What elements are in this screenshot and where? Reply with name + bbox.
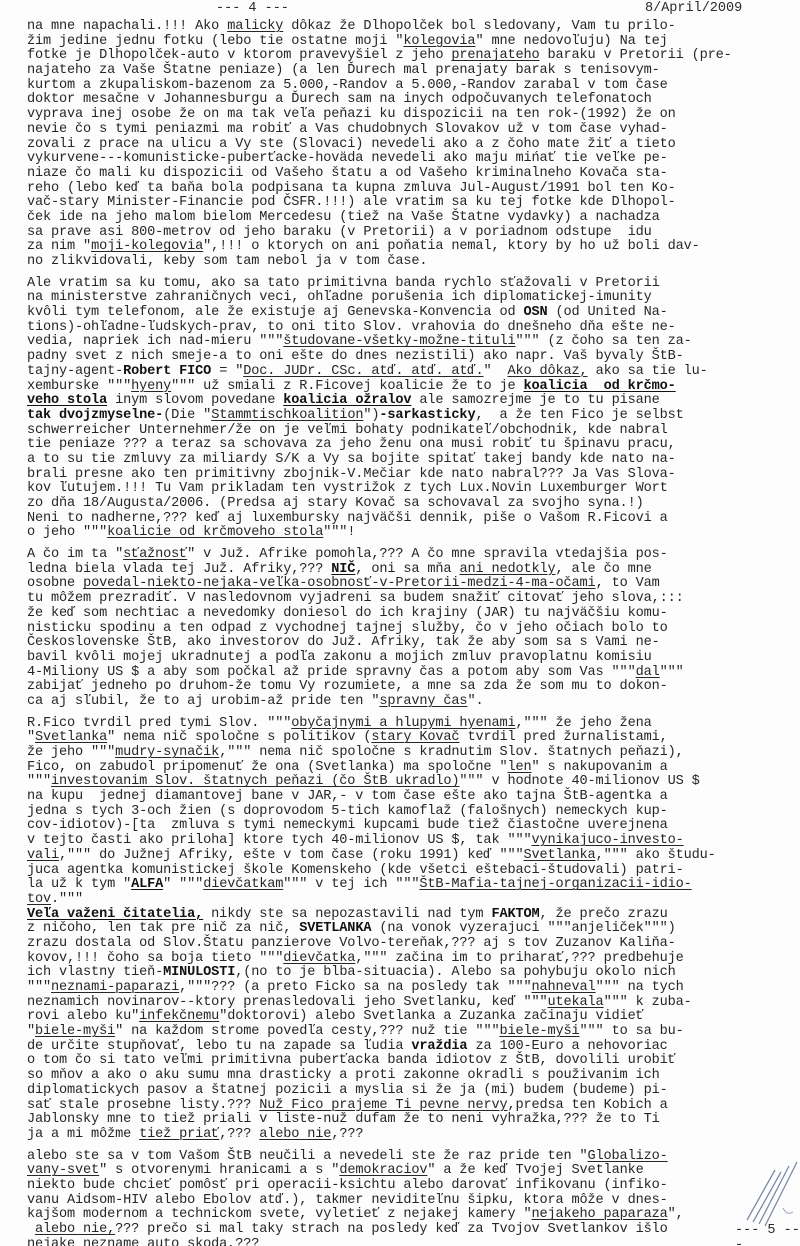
text-run: najateho za Vaše Štatne peniaze) (a len … <box>27 63 660 78</box>
underlined-text: tov <box>27 892 51 907</box>
text-run: """ k zuba- <box>604 995 692 1010</box>
text-line: žim jedine jednu fotku (lebo tie ostatne… <box>27 35 797 50</box>
text-run: alebo ste sa v tom Vašom ŠtB neučili a n… <box>27 1149 588 1164</box>
text-run: Ale vratim sa ku tomu, ako sa tato primi… <box>27 276 660 291</box>
text-run: vyprava inej osobe že on ma tak veľa peň… <box>27 107 676 122</box>
text-run: že keď som nechtiac a nevedomky doniesol… <box>27 606 668 621</box>
text-line: ja a mi môžme tiež priať,??? alebo nie,?… <box>27 1128 797 1143</box>
text-run: nikdy ste sa nepozastavili nad tym <box>203 907 491 922</box>
text-line: tov.""" <box>27 893 797 908</box>
underlined-text: hyeny <box>131 379 171 394</box>
text-run: " a že keď Tvojej Svetlanke <box>427 1163 643 1178</box>
text-line: jedna s tych 3-och žien (s doprovodom 5-… <box>27 805 797 820</box>
text-line: brali presne ako ten primitivny zbojnik-… <box>27 468 797 483</box>
text-run: vanu Aidsom-HIV alebo Ebolov atď.), takm… <box>27 1193 668 1208</box>
text-line: """investovanim Slov. štatnych peňazi (č… <box>27 775 797 790</box>
underlined-text: alebo nie <box>259 1127 331 1142</box>
text-line: sať stale prosebne listy.??? Nuž Fico pr… <box>27 1099 797 1114</box>
text-line: cov-idiotov)-[ta zmluva s tymi nemeckymi… <box>27 819 797 834</box>
underlined-text: koalicie od krčmoveho stola <box>107 525 323 540</box>
text-line: o jeho """koalicie od krčmoveho stola"""… <box>27 526 797 541</box>
text-line: vedia, napriek ich nad-mieru """študovan… <box>27 335 797 350</box>
text-run: tajny-agent- <box>27 364 123 379</box>
text-line: zovali z prace na ulicu a Vy ste (Slovac… <box>27 138 797 153</box>
signature-mark <box>745 1160 800 1230</box>
text-run: inym slovom povedane <box>107 393 283 408</box>
text-run: ,""" začina im to priharať,??? predbehuj… <box>355 951 683 966</box>
text-run: tvrdil pred žurnalistami, <box>459 730 667 745</box>
text-run: na kupu jednej diamantovej bane v JAR,- … <box>27 789 668 804</box>
emphasized-text: Veľa važeni čitatelia, <box>27 907 203 922</box>
text-line: zrazu dostala od Slov.Štatu panzierove V… <box>27 937 797 952</box>
text-run: tions)-ohľadne-ľudskych-prav, to oni tit… <box>27 320 676 335</box>
text-run: tie peniaze ??? a teraz sa schovava za j… <box>27 437 676 452</box>
text-run: so mňov a ako o aku sumu mna drasticky a… <box>27 1068 660 1083</box>
text-run: """! <box>323 525 355 540</box>
text-run: ??? prečo si mal taky strach na posledy … <box>115 1222 668 1237</box>
text-line: na ministerstve zahraničnych veci, ohľad… <box>27 291 797 306</box>
text-line: Neni to nadherne,??? keď aj luxembursky … <box>27 512 797 527</box>
underlined-text: prenajateho <box>451 48 539 63</box>
underlined-text: ani nedotkly <box>459 562 555 577</box>
text-line: neznamich novinarov--ktory prenasledoval… <box>27 996 797 1011</box>
text-run: (od United Na- <box>548 305 668 320</box>
text-line: diplomatickych pasov a štatnej pozicii a… <box>27 1084 797 1099</box>
text-run: = " <box>211 364 243 379</box>
text-line: tu môžem prezradiť. V nasledovnom vyjadr… <box>27 592 797 607</box>
underlined-text: biele-myši <box>35 1024 115 1039</box>
text-line: alebo nie,??? prečo si mal taky strach n… <box>27 1223 797 1238</box>
text-run: ,""" do Južnej Afriky, ešte v tom čase (… <box>59 848 523 863</box>
text-run: A čo im ta " <box>27 547 123 562</box>
underlined-text: tiež priať <box>139 1127 219 1142</box>
underlined-text: dal <box>636 665 660 680</box>
document-page: --- 4 --- 8/April/2009 na mne napachali.… <box>0 0 800 1246</box>
underlined-text: spravny čas <box>379 694 467 709</box>
underlined-text: investovanim Slov. štatnych peňazi (čo Š… <box>51 774 459 789</box>
text-run: zabijať jedneho po druhom-že tomu Vy roz… <box>27 679 668 694</box>
text-run: tu môžem prezradiť. V nasledovnom vyjadr… <box>27 591 684 606</box>
text-run: diplomatickych pasov a štatnej pozicii a… <box>27 1083 668 1098</box>
text-run: fotke je Dlhopolček-auto v ktorom pravev… <box>27 48 451 63</box>
text-run: (na vonok vyzerajuci """anjeliček""") <box>371 921 675 936</box>
text-run: cov-idiotov)-[ta zmluva s tymi nemeckymi… <box>27 818 668 833</box>
paragraph: alebo ste sa v tom Vašom ŠtB neučili a n… <box>27 1150 797 1246</box>
text-run: xemburske """ <box>27 379 131 394</box>
text-line: zo dňa 18/Augusta/2006. (Predsa aj stary… <box>27 497 797 512</box>
text-line: vykurvene---komunisticke-puberťacke-hovä… <box>27 152 797 167</box>
text-run: """ v tej ich """ <box>283 877 419 892</box>
underlined-text: utekala <box>548 995 604 1010</box>
text-line: Jablonsky mne to tiež priali v liste-nuž… <box>27 1113 797 1128</box>
text-run: jedna s tych 3-och žien (s doprovodom 5-… <box>27 804 668 819</box>
text-line: že jeho """mudry-synačik,""" nema nič sp… <box>27 746 797 761</box>
text-run: ako sa tie lu- <box>588 364 708 379</box>
text-run: nevie čo s tymi peniazmi ma robiť a Vas … <box>27 122 668 137</box>
text-line: kovov,!!! čoho sa boja tieto """dievčatk… <box>27 952 797 967</box>
emphasized-text: vraždia <box>411 1039 467 1054</box>
text-run: že jeho """ <box>27 745 115 760</box>
text-run: " """ <box>163 877 203 892</box>
text-line: a to su tie zmluvy za miliardy S/K a Vy … <box>27 453 797 468</box>
text-run: za nim " <box>27 239 91 254</box>
emphasized-text: -sarkasticky <box>379 408 475 423</box>
emphasized-text: koalicia ožralov <box>283 393 411 408</box>
text-line: tie peniaze ??? a teraz sa schovava za j… <box>27 438 797 453</box>
underlined-text: infekčnemu <box>139 1009 219 1024</box>
page-number-header: --- 4 --- <box>216 1 289 16</box>
underlined-text: malicky <box>227 19 283 34</box>
underlined-text: vali <box>27 848 59 863</box>
text-line: o tom čo si tato veľmi primitivna puberť… <box>27 1054 797 1069</box>
underlined-text: Globalizo- <box>588 1149 668 1164</box>
text-line: veho stola inym slovom povedane koalicia… <box>27 394 797 409</box>
text-run: vykurvene---komunisticke-puberťacke-hovä… <box>27 151 668 166</box>
text-run: doktor mesačne v Johannesburgu a Ďurech … <box>27 92 652 107</box>
text-run: v tejto časti ako priloha] ktore tych 40… <box>27 833 531 848</box>
text-line: že keď som nechtiac a nevedomky doniesol… <box>27 607 797 622</box>
text-run: dôkaz že Dlhopolček bol sledovany, Vam t… <box>283 19 675 34</box>
text-run: kajšom modernom a technickom svete, vyle… <box>27 1207 531 1222</box>
text-run: " nema nič spoločne s politikov ( <box>107 730 371 745</box>
underlined-text: dievčatkam <box>203 877 283 892</box>
text-run: na ministerstve zahraničnych veci, ohľad… <box>27 290 652 305</box>
text-line: najateho za Vaše Štatne peniaze) (a len … <box>27 64 797 79</box>
text-line: Veľa važeni čitatelia, nikdy ste sa nepo… <box>27 908 797 923</box>
text-line: sa prave asi 800-metrov od jeho baraku (… <box>27 226 797 241</box>
text-line: tions)-ohľadne-ľudskych-prav, to oni tit… <box>27 321 797 336</box>
document-date: 8/April/2009 <box>645 1 742 16</box>
text-run: ,predsa ten Kobich a <box>507 1098 667 1113</box>
emphasized-text: koalicia od krčmo- <box>524 379 676 394</box>
underlined-text: vany-svet <box>27 1163 99 1178</box>
text-line: kurtom a zkupaliskom-bazenom za 5.000,-R… <box>27 79 797 94</box>
underlined-text: stary Kovač <box>371 730 459 745</box>
text-run: schwerreicher Unternehmer/že on je veľmi… <box>27 423 668 438</box>
text-line: kajšom modernom a technickom svete, vyle… <box>27 1208 797 1223</box>
text-run: juca agentka komunistickej škole Komensk… <box>27 863 684 878</box>
text-run: z ničoho, len tak pre nič za nič, <box>27 921 299 936</box>
underlined-text: demokraciov <box>339 1163 427 1178</box>
text-run: , ale čo mne <box>556 562 652 577</box>
text-run: Československe ŠtB, ako investorov do Ju… <box>27 635 660 650</box>
text-run: , to Vam <box>596 576 660 591</box>
text-line: na mne napachali.!!! Ako malicky dôkaz ž… <box>27 20 797 35</box>
text-run: žim jedine jednu fotku (lebo tie ostatne… <box>27 34 403 49</box>
text-line: zabijať jedneho po druhom-že tomu Vy roz… <box>27 680 797 695</box>
text-run: ,(no to je blba-situacia). Alebo sa pohy… <box>235 965 675 980</box>
text-line: bavil kvôli mojej ukradnutej a podľa zak… <box>27 651 797 666</box>
emphasized-text: MINULOSTI <box>163 965 235 980</box>
underlined-text: vynikajuco-investo- <box>531 833 683 848</box>
text-run: """ <box>27 774 51 789</box>
text-run: ,""" ako študu- <box>596 848 716 863</box>
underlined-text: len <box>507 760 531 775</box>
text-line: z ničoho, len tak pre nič za nič, SVETLA… <box>27 922 797 937</box>
text-run: """ už smiali z R.Ficovej koalicie že to… <box>171 379 523 394</box>
emphasized-text: FAKTOM <box>491 907 539 922</box>
text-line: ca aj sľubil, že to aj urobim-až pride t… <box>27 695 797 710</box>
text-line: "biele-myši" na každom strome povedľa ce… <box>27 1025 797 1040</box>
text-run: de určite stupňovať, lebo tu na zapade s… <box>27 1039 411 1054</box>
text-line: vač-stary Minister-Financie pod ČSFR.!!!… <box>27 196 797 211</box>
text-run: niekto bude chcieť pomôsť pri operacii-k… <box>27 1178 668 1193</box>
text-line: no zlikvidovali, keby som tam nebol ja v… <box>27 255 797 270</box>
text-run: brali presne ako ten primitivny zbojnik-… <box>27 467 676 482</box>
underlined-text: sťažnosť <box>123 547 187 562</box>
text-line: la už k tym "ALFA" """dievčatkam""" v te… <box>27 878 797 893</box>
text-run: o tom čo si tato veľmi primitivna puberť… <box>27 1053 676 1068</box>
text-run: """ na tych <box>596 980 684 995</box>
underlined-text: Doc. JUDr. CSc. atď. atď. atď. <box>243 364 483 379</box>
text-line: tajny-agent-Robert FICO = "Doc. JUDr. CS… <box>27 365 797 380</box>
text-line: Ale vratim sa ku tomu, ako sa tato primi… <box>27 277 797 292</box>
text-line: v tejto časti ako priloha] ktore tych 40… <box>27 834 797 849</box>
text-run: """ (z čoho sa ten za- <box>515 334 691 349</box>
text-line: A čo im ta "sťažnosť" v Juž. Afrike pomo… <box>27 548 797 563</box>
text-run: vedia, napriek ich nad-mieru """ <box>27 334 283 349</box>
text-run: " mne nedovoľuju) Na tej <box>475 34 667 49</box>
text-line: vanu Aidsom-HIV alebo Ebolov atď.), takm… <box>27 1194 797 1209</box>
underlined-text: Stammtischkoalition <box>211 408 363 423</box>
underlined-text: Svetlanka <box>35 730 107 745</box>
text-run: ,??? <box>219 1127 259 1142</box>
text-run: a to su tie zmluvy za miliardy S/K a Vy … <box>27 452 676 467</box>
text-line: Československe ŠtB, ako investorov do Ju… <box>27 636 797 651</box>
text-run: sať stale prosebne listy.??? <box>27 1098 259 1113</box>
text-run: kovov,!!! čoho sa boja tieto """ <box>27 951 283 966</box>
text-run: R.Fico tvrdil pred tymi Slov. """ <box>27 716 291 731</box>
text-run: .""" <box>51 892 83 907</box>
text-run: nisticku spodinu a ten odpad z vychodnej… <box>27 621 668 636</box>
text-run: ale samozrejme je to tu pisane <box>411 393 659 408</box>
text-line: ček ide na jeho malom bielom Mercedesu (… <box>27 211 797 226</box>
emphasized-text: NIČ <box>331 562 355 577</box>
text-line: padny svet z nich smeje-a to oni ešte do… <box>27 350 797 365</box>
text-line: ich vlastny tieň-MINULOSTI,(no to je blb… <box>27 966 797 981</box>
underlined-text: povedal-niekto-nejaka-veľka-osobnosť-v-P… <box>83 576 596 591</box>
text-run: ,??? <box>331 1127 363 1142</box>
text-run: (Die " <box>163 408 211 423</box>
text-run: Jablonsky mne to tiež priali v liste-nuž… <box>27 1112 660 1127</box>
text-line: ledna biela vlada tej Juž. Afriky,??? NI… <box>27 563 797 578</box>
text-run: no zlikvidovali, keby som tam nebol ja v… <box>27 254 427 269</box>
underlined-text: obyčajnymi a hlupymi hyenami <box>291 716 515 731</box>
text-line: nejake nezname auto skoda,??? <box>27 1238 797 1246</box>
text-line: vyprava inej osobe že on ma tak veľa peň… <box>27 108 797 123</box>
emphasized-text: veho stola <box>27 393 107 408</box>
text-line: fotke je Dlhopolček-auto v ktorom pravev… <box>27 49 797 64</box>
text-line: "Svetlanka" nema nič spoločne s politiko… <box>27 731 797 746</box>
text-run: kurtom a zkupaliskom-bazenom za 5.000,-R… <box>27 78 668 93</box>
text-run: rovi alebo ku" <box>27 1009 139 1024</box>
text-run: """ <box>660 665 684 680</box>
text-run: ") <box>363 408 379 423</box>
text-line: reho (lebo keď ta baňa bola podpisana ta… <box>27 182 797 197</box>
text-line: de určite stupňovať, lebo tu na zapade s… <box>27 1040 797 1055</box>
underlined-text: neznami-paparazi <box>51 980 179 995</box>
text-line: vany-svet" s otvorenymi hranicami a s "d… <box>27 1164 797 1179</box>
text-run: reho (lebo keď ta baňa bola podpisana ta… <box>27 181 676 196</box>
emphasized-text: ALFA <box>131 877 163 892</box>
text-run: kov ľutujem.!!! Tu Vam prikladam ten vys… <box>27 481 668 496</box>
text-run: ,"""??? (a preto Ficko sa na posledy tak… <box>179 980 531 995</box>
underlined-text: kolegovia <box>403 34 475 49</box>
text-line: tak dvojzmyselne-(Die "Stammtischkoaliti… <box>27 409 797 424</box>
text-line: nisticku spodinu a ten odpad z vychodnej… <box>27 622 797 637</box>
text-run: ",!!! o ktorych on ani poňatia nemal, kt… <box>203 239 699 254</box>
text-line: R.Fico tvrdil pred tymi Slov. """obyčajn… <box>27 717 797 732</box>
text-line: alebo ste sa v tom Vašom ŠtB neučili a n… <box>27 1150 797 1165</box>
text-run: """ <box>27 980 51 995</box>
paragraph: na mne napachali.!!! Ako malicky dôkaz ž… <box>27 20 797 270</box>
text-run: niaze čo mali ku dispozicii od Vašeho št… <box>27 166 668 181</box>
text-run: neznamich novinarov--ktory prenasledoval… <box>27 995 548 1010</box>
text-run: o jeho """ <box>27 525 107 540</box>
emphasized-text: Robert FICO <box>123 364 211 379</box>
text-run: la už k tym " <box>27 877 131 892</box>
emphasized-text: tak dvojzmyselne- <box>27 408 163 423</box>
text-run: zrazu dostala od Slov.Štatu panzierove V… <box>27 936 676 951</box>
underlined-text: Nuž Fico prajeme Ti pevne nervy <box>259 1098 507 1113</box>
underlined-text: Svetlanka <box>523 848 595 863</box>
text-run: za 100-Euro a nehovoriac <box>467 1039 667 1054</box>
text-run: ich vlastny tieň- <box>27 965 163 980</box>
text-run: " <box>27 1024 35 1039</box>
text-line: za nim "moji-kolegovia",!!! o ktorych on… <box>27 240 797 255</box>
text-run: zo dňa 18/Augusta/2006. (Predsa aj stary… <box>27 496 644 511</box>
underlined-text: alebo nie, <box>35 1222 115 1237</box>
text-run: ", <box>668 1207 684 1222</box>
underlined-text: Ako dôkaz, <box>507 364 587 379</box>
text-run: " s otvorenymi hranicami a s " <box>99 1163 339 1178</box>
text-run: Neni to nadherne,??? keď aj luxembursky … <box>27 511 668 526</box>
text-run: , a že ten Fico je selbst <box>475 408 683 423</box>
text-line: 4-Miliony US $ a aby som počkal až pride… <box>27 666 797 681</box>
text-line: na kupu jednej diamantovej bane v JAR,- … <box>27 790 797 805</box>
text-run: bavil kvôli mojej ukradnutej a podľa zak… <box>27 650 652 665</box>
text-run: kvôli tym telefonom, ale že existuje aj … <box>27 305 523 320</box>
document-body: na mne napachali.!!! Ako malicky dôkaz ž… <box>27 20 797 1246</box>
text-run: " na každom strome povedľa cesty,??? nuž… <box>115 1024 499 1039</box>
text-run: " <box>483 364 507 379</box>
text-run: nejake nezname auto skoda,??? <box>27 1237 259 1246</box>
text-run <box>27 1222 35 1237</box>
text-run: zovali z prace na ulicu a Vy ste (Slovac… <box>27 137 676 152</box>
text-run: ,""" nema nič spoločne s kradnutim Slov.… <box>219 745 683 760</box>
text-line: kov ľutujem.!!! Tu Vam prikladam ten vys… <box>27 482 797 497</box>
emphasized-text: SVETLANKA <box>299 921 371 936</box>
text-line: rovi alebo ku"infekčnemu"doktorovi) aleb… <box>27 1010 797 1025</box>
text-line: xemburske """hyeny""" už smiali z R.Fico… <box>27 380 797 395</box>
text-run: 4-Miliony US $ a aby som počkal až pride… <box>27 665 636 680</box>
text-run: Fico, on zabudol pripomenuť že ona (Svet… <box>27 760 507 775</box>
text-run: ca aj sľubil, že to aj urobim-až pride t… <box>27 694 379 709</box>
text-run: " <box>27 730 35 745</box>
text-run: sa prave asi 800-metrov od jeho baraku (… <box>27 225 652 240</box>
text-line: Fico, on zabudol pripomenuť že ona (Svet… <box>27 761 797 776</box>
text-run: ček ide na jeho malom bielom Mercedesu (… <box>27 210 660 225</box>
text-run: ,""" že jeho žena <box>515 716 651 731</box>
emphasized-text: OSN <box>523 305 547 320</box>
text-run: " s nakupovanim a <box>532 760 668 775</box>
text-run: ". <box>467 694 483 709</box>
paragraph: R.Fico tvrdil pred tymi Slov. """obyčajn… <box>27 717 797 1143</box>
text-line: nevie čo s tymi peniazmi ma robiť a Vas … <box>27 123 797 138</box>
underlined-text: mudry-synačik <box>115 745 219 760</box>
text-run: ledna biela vlada tej Juž. Afriky,??? <box>27 562 331 577</box>
text-line: osobne povedal-niekto-nejaka-veľka-osobn… <box>27 577 797 592</box>
underlined-text: biele-myši <box>499 1024 579 1039</box>
text-run: osobne <box>27 576 83 591</box>
text-line: juca agentka komunistickej škole Komensk… <box>27 864 797 879</box>
text-run: padny svet z nich smeje-a to oni ešte do… <box>27 349 684 364</box>
text-line: """neznami-paparazi,"""??? (a preto Fick… <box>27 981 797 996</box>
text-run: , oni sa mňa <box>355 562 459 577</box>
text-line: so mňov a ako o aku sumu mna drasticky a… <box>27 1069 797 1084</box>
text-line: doktor mesačne v Johannesburgu a Ďurech … <box>27 93 797 108</box>
text-run: "doktorovi) alebo Svetlanka a Zuzanka za… <box>219 1009 643 1024</box>
underlined-text: nejakeho paparaza <box>531 1207 667 1222</box>
text-run: , že prečo zrazu <box>540 907 668 922</box>
underlined-text: nahneval <box>532 980 596 995</box>
underlined-text: moji-kolegovia <box>91 239 203 254</box>
text-run: " v Juž. Afrike pomohla,??? A čo mne spr… <box>187 547 667 562</box>
paragraph: A čo im ta "sťažnosť" v Juž. Afrike pomo… <box>27 548 797 710</box>
text-run: na mne napachali.!!! Ako <box>27 19 227 34</box>
underlined-text: študovane-všetky-možne-tituli <box>283 334 515 349</box>
text-line: schwerreicher Unternehmer/že on je veľmi… <box>27 424 797 439</box>
text-run: vač-stary Minister-Financie pod ČSFR.!!!… <box>27 195 676 210</box>
underlined-text: dievčatka <box>283 951 355 966</box>
underlined-text: ŠtB-Mafia-tajnej-organizacii-idio- <box>419 877 691 892</box>
text-line: vali,""" do Južnej Afriky, ešte v tom ča… <box>27 849 797 864</box>
page-number-footer: --- 5 --- <box>735 1223 800 1246</box>
text-line: niaze čo mali ku dispozicii od Vašeho št… <box>27 167 797 182</box>
text-run: """ v hodnote 40-milionov US $ <box>459 774 699 789</box>
text-run: baraku v Pretorii (pre- <box>540 48 732 63</box>
text-line: kvôli tym telefonom, ale že existuje aj … <box>27 306 797 321</box>
text-run: """ to sa bu- <box>580 1024 684 1039</box>
text-line: niekto bude chcieť pomôsť pri operacii-k… <box>27 1179 797 1194</box>
text-run: ja a mi môžme <box>27 1127 139 1142</box>
paragraph: Ale vratim sa ku tomu, ako sa tato primi… <box>27 277 797 541</box>
